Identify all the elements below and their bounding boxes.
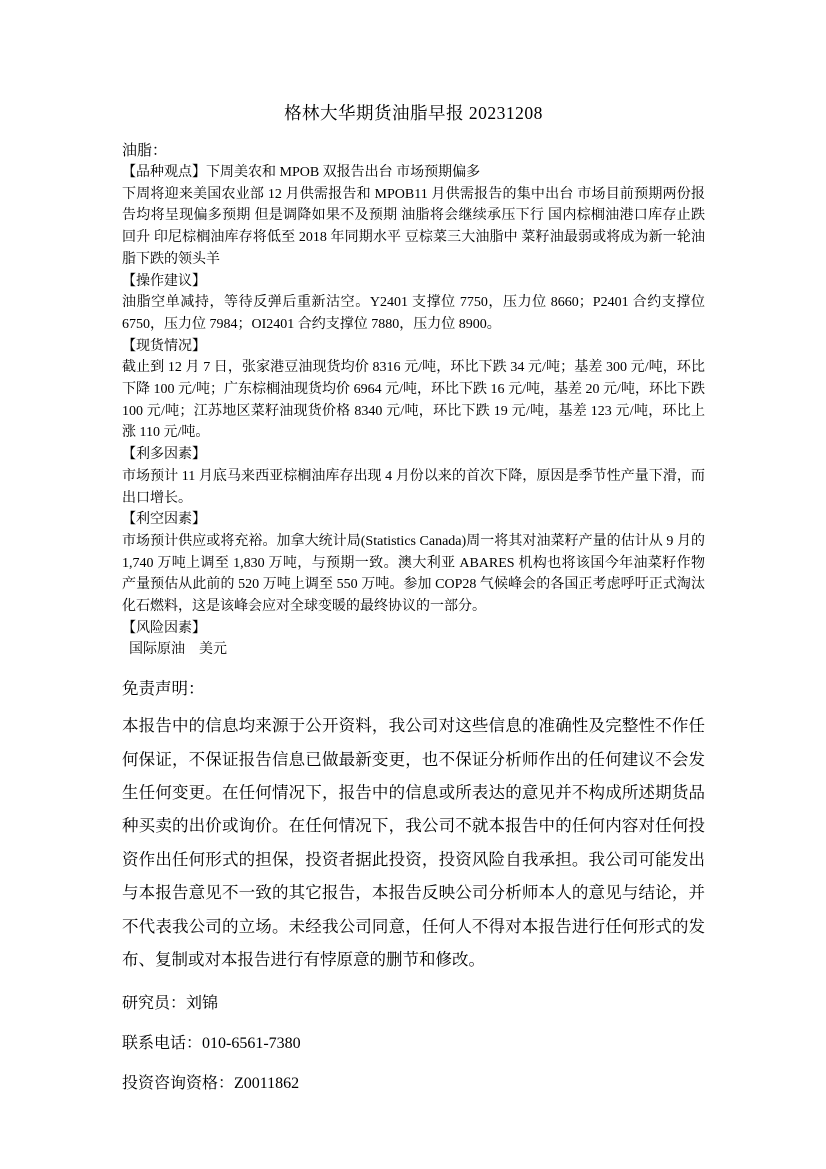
disclaimer-body: 本报告中的信息均来源于公开资料，我公司对这些信息的准确性及完整性不作任何保证，不…: [122, 709, 705, 976]
report-page: 格林大华期货油脂早报 20231208 油脂： 【品种观点】下周美农和 MPOB…: [0, 0, 826, 1169]
section-advice-body: 油脂空单减持，等待反弹后重新沽空。Y2401 支撑位 7750，压力位 8660…: [122, 292, 705, 335]
section-bullish-heading: 【利多因素】: [122, 444, 705, 466]
report-content: 格林大华期货油脂早报 20231208 油脂： 【品种观点】下周美农和 MPOB…: [0, 0, 826, 1096]
phone-line: 联系电话：010-6561-7380: [122, 1032, 705, 1056]
section-bearish-heading: 【利空因素】: [122, 509, 705, 531]
section-spot-heading: 【现货情况】: [122, 336, 705, 358]
section-bearish-body: 市场预计供应或将充裕。加拿大统计局(Statistics Canada)周一将其…: [122, 531, 705, 618]
section-viewpoint-heading: 【品种观点】下周美农和 MPOB 双报告出台 市场预期偏多: [122, 162, 705, 184]
section-viewpoint-body: 下周将迎来美国农业部 12 月供需报告和 MPOB11 月供需报告的集中出台 市…: [122, 184, 705, 271]
section-risk-body: 国际原油 美元: [122, 639, 705, 661]
report-body: 【品种观点】下周美农和 MPOB 双报告出台 市场预期偏多 下周将迎来美国农业部…: [122, 162, 705, 661]
section-bullish-body: 市场预计 11 月底马来西亚棕榈油库存出现 4 月份以来的首次下降，原因是季节性…: [122, 466, 705, 509]
qualification-line: 投资咨询资格：Z0011862: [122, 1072, 705, 1096]
section-advice-heading: 【操作建议】: [122, 271, 705, 293]
category-label: 油脂：: [122, 140, 705, 162]
disclaimer-heading: 免责声明：: [122, 677, 705, 701]
section-risk-heading: 【风险因素】: [122, 618, 705, 640]
researcher-line: 研究员：刘锦: [122, 992, 705, 1016]
section-spot-body: 截止到 12 月 7 日，张家港豆油现货均价 8316 元/吨，环比下跌 34 …: [122, 357, 705, 444]
page-title: 格林大华期货油脂早报 20231208: [122, 100, 705, 126]
